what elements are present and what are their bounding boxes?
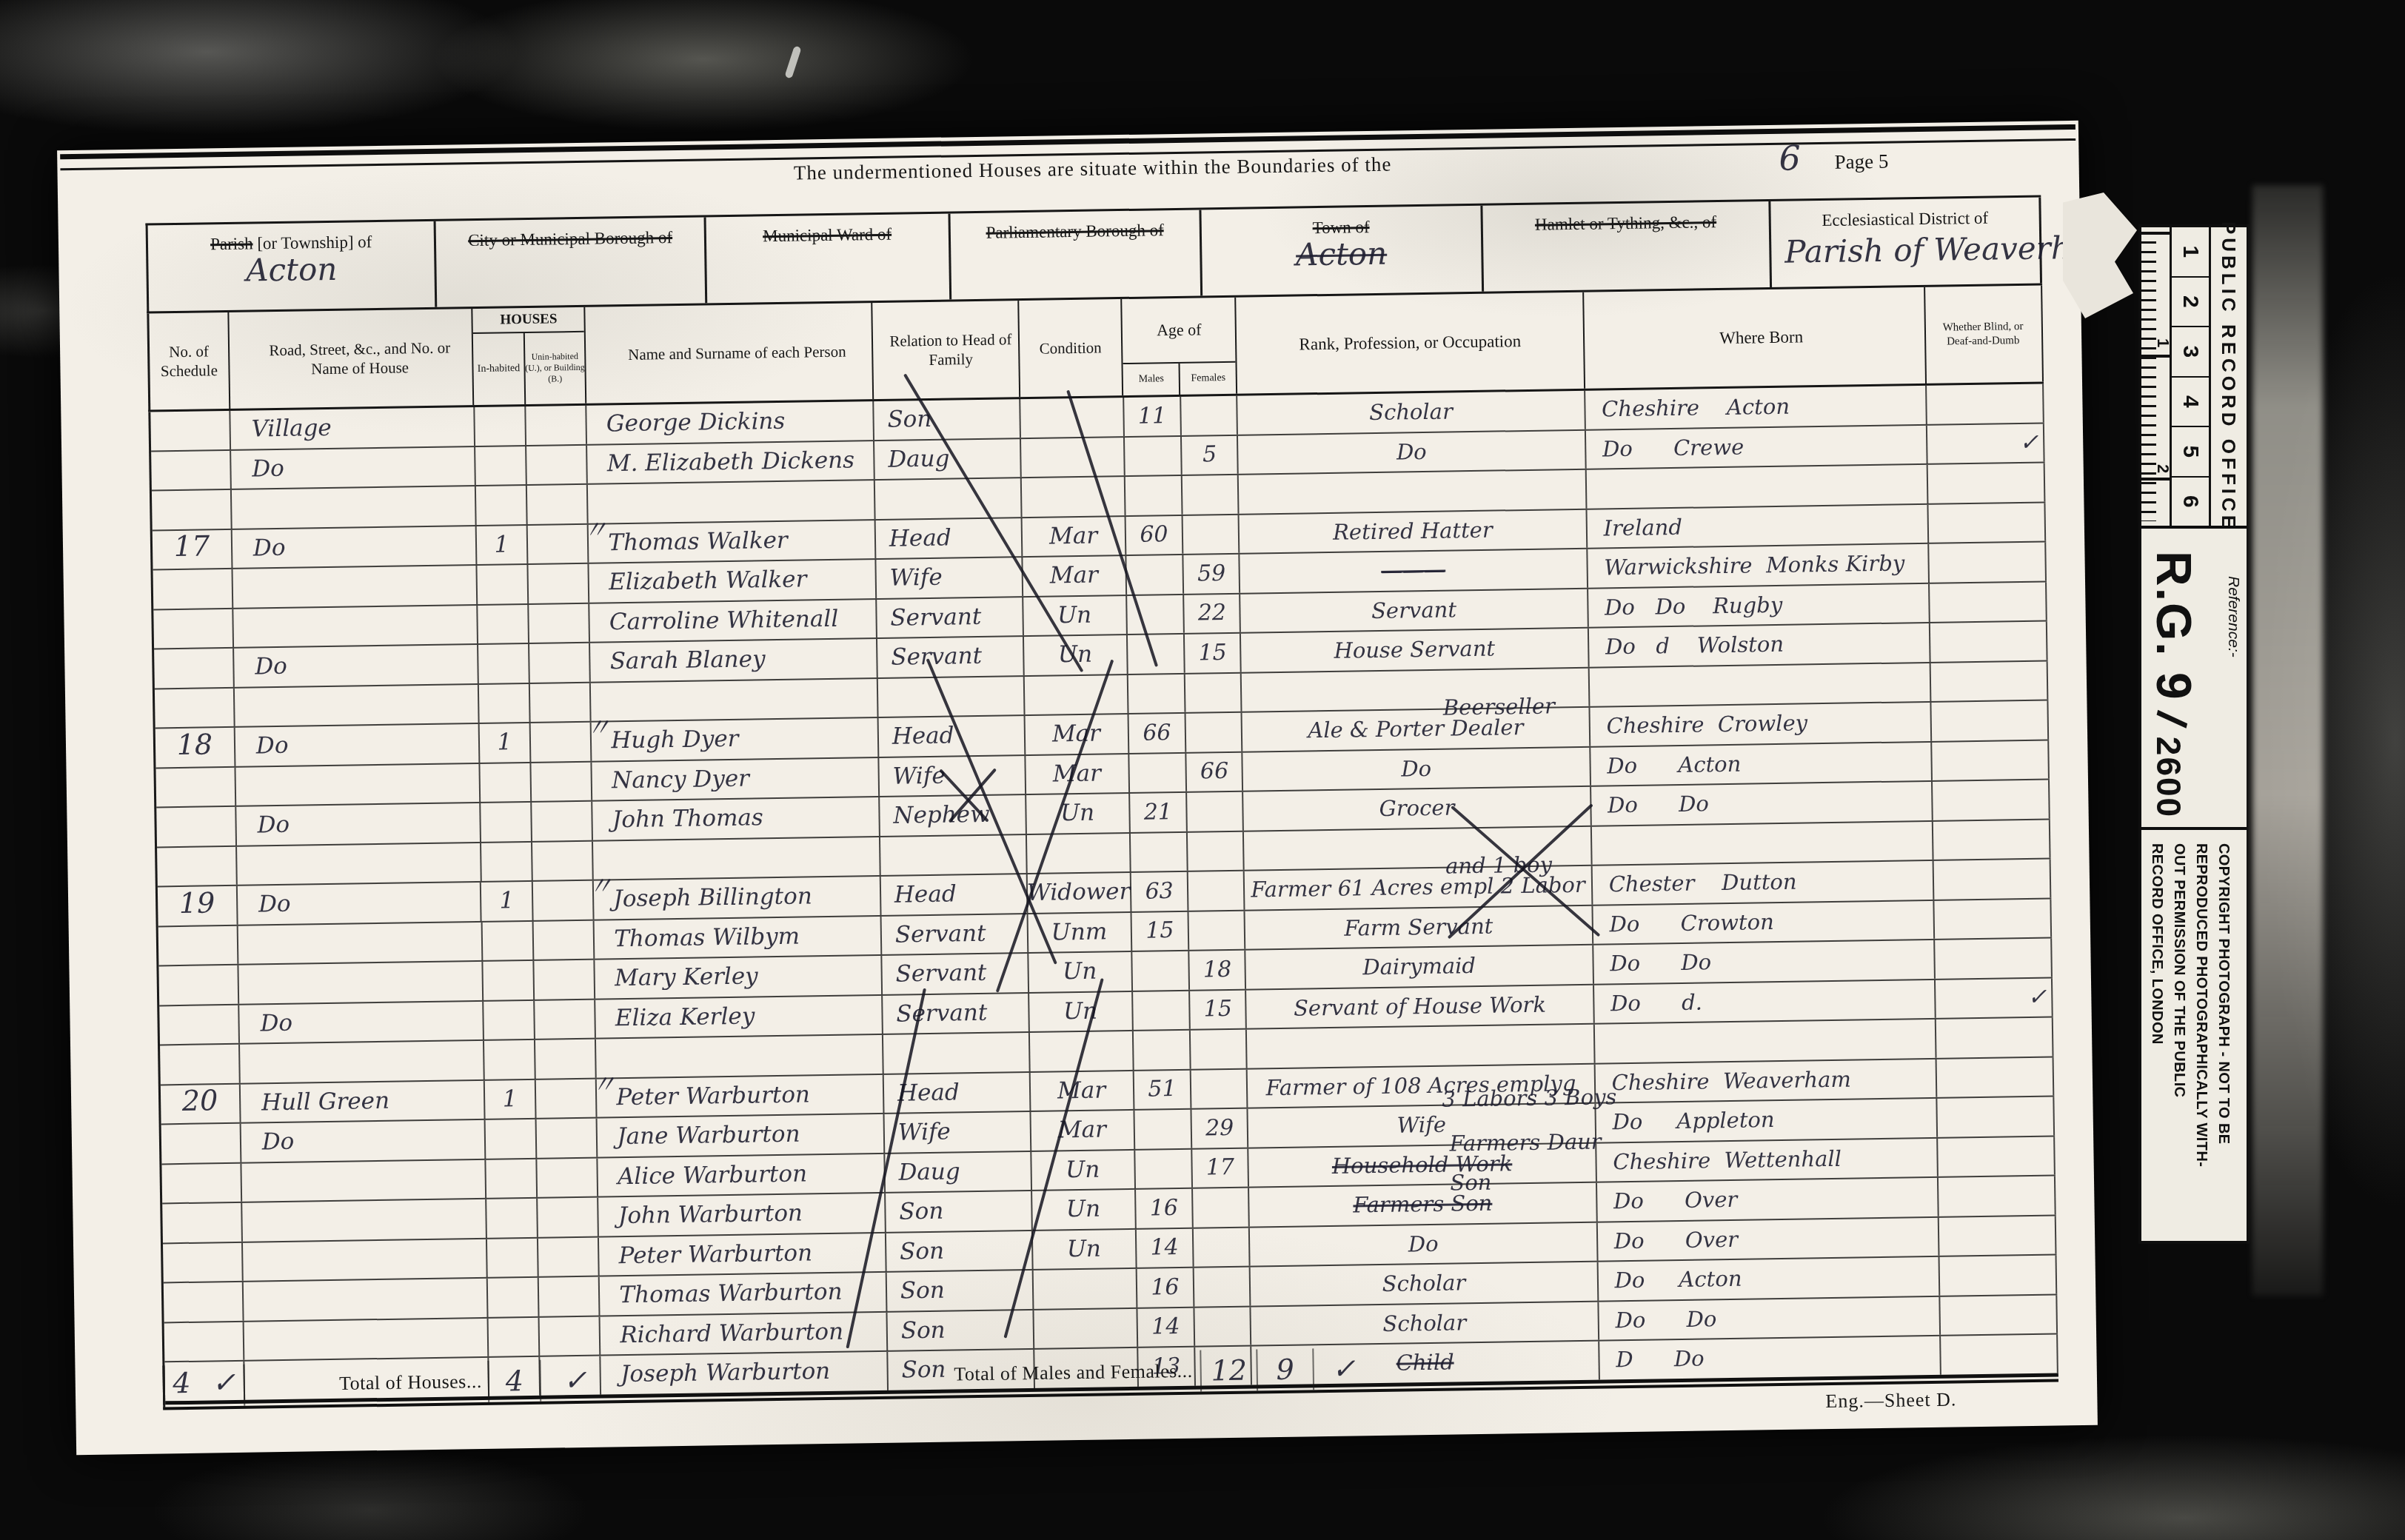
cell-occ: Farmers SonSon	[1249, 1183, 1597, 1226]
cell-sched: 18	[155, 728, 236, 767]
entry-born: Chester Dutton	[1609, 871, 1797, 896]
cell-uninhab	[529, 643, 591, 683]
cell-born: Do Over	[1598, 1217, 1940, 1260]
entry-born: Do d.	[1610, 991, 1702, 1014]
cell-inhab	[475, 406, 527, 446]
reference-strip-card: PUBLIC RECORD OFFICE 123456 12 Reference…	[2138, 224, 2250, 1244]
cell-born: Do Acton	[1590, 742, 1933, 785]
cell-inhab	[477, 565, 529, 604]
entry-rel: Servant	[891, 645, 982, 669]
cell-male	[1133, 1031, 1191, 1070]
ruler-cell-number: 6	[2172, 478, 2209, 526]
entry-name: Thomas Wilbym	[614, 925, 800, 951]
cell-road	[240, 1041, 484, 1082]
cell-road: Village	[230, 407, 475, 449]
check-mark: ✓	[1331, 1355, 1355, 1383]
cell-sched	[161, 1124, 242, 1163]
entry-name: Thomas Warburton	[619, 1281, 843, 1307]
entry-born: Do Crowton	[1609, 911, 1774, 935]
entry-inhab: 1	[503, 1088, 518, 1111]
cell-male: 15	[1131, 911, 1190, 951]
cell-born: Do Crewe	[1586, 425, 1928, 468]
cell-cond	[1033, 1269, 1137, 1309]
record-series: R.G. 9	[2146, 551, 2202, 701]
entry-sched: 18	[176, 730, 213, 759]
entry-born: Warwickshire Monks Kirby	[1604, 553, 1904, 579]
entry-male: 51	[1148, 1078, 1177, 1101]
district-cell: Parish [or Township] ofActon	[148, 221, 438, 312]
cell-cond: Un	[1032, 1190, 1137, 1230]
cell-inhab	[487, 1278, 540, 1317]
cell-rel: Head	[881, 874, 1028, 914]
entry-cond: Mar	[1057, 1079, 1106, 1102]
cell-blind	[1935, 938, 2053, 978]
copyright-line: COPYRIGHT PHOTOGRAPH - NOT TO BE	[2212, 843, 2235, 1235]
entry-occ: Do	[1408, 1233, 1439, 1256]
entry-male: 11	[1138, 405, 1167, 428]
cell-road: Do	[234, 645, 478, 686]
cell-male	[1124, 436, 1183, 475]
cell-blind	[1933, 820, 2051, 860]
entry-name: George Dickins	[606, 410, 786, 436]
cell-road: Do	[239, 1001, 484, 1042]
cell-uninhab	[540, 1316, 601, 1356]
cell-name: Richard Warburton	[601, 1312, 888, 1354]
entry-occ: Scholar	[1382, 1273, 1465, 1296]
district-label: City or Municipal Borough of	[436, 226, 704, 252]
entry-road: Do	[260, 1012, 292, 1036]
cell-blind: ✓	[1936, 978, 2053, 1018]
cell-male: 16	[1137, 1268, 1195, 1308]
cell-uninhab	[538, 1158, 599, 1197]
entry-male: 14	[1150, 1236, 1179, 1259]
cell-female: 66	[1187, 752, 1244, 791]
entry-female: 15	[1204, 998, 1233, 1021]
film-scratch	[784, 46, 801, 79]
cell-uninhab	[533, 881, 595, 920]
cell-occ: Farmer of 108 Acres emplyg3 Labors 3 Boy…	[1248, 1064, 1596, 1107]
cell-uninhab	[534, 920, 595, 960]
entry-rel: Head	[897, 1081, 960, 1105]
cell-male: 66	[1128, 714, 1187, 753]
ruler-cell-number: 3	[2172, 327, 2209, 378]
cell-female	[1191, 1069, 1248, 1108]
cell-uninhab	[527, 485, 589, 524]
ruler-inch-number: 2	[2153, 464, 2172, 473]
cell-male	[1127, 635, 1185, 674]
cell-born: Warwickshire Monks Kirby	[1588, 544, 1930, 587]
district-cell: City or Municipal Borough of	[436, 217, 707, 307]
cell-name: Alice Warburton	[598, 1154, 886, 1196]
entry-female: 29	[1205, 1117, 1234, 1140]
cell-born: Do d.	[1594, 980, 1936, 1022]
cell-blind	[1934, 860, 2052, 900]
cell-rel: Wife	[876, 558, 1023, 597]
cell-sched	[150, 411, 231, 450]
entry-born: Do Over	[1613, 1189, 1738, 1212]
cell-male	[1132, 951, 1191, 991]
cell-inhab: 1	[481, 882, 534, 921]
cell-road	[233, 566, 477, 607]
cell-inhab	[481, 803, 533, 842]
ditto-group-mark: 〃	[586, 707, 612, 743]
cell-cond	[1024, 674, 1128, 714]
cell-born	[1589, 663, 1931, 706]
cell-sched	[156, 807, 237, 846]
cell-sched	[160, 1045, 241, 1084]
entry-road: Village	[251, 417, 332, 441]
entry-rel: Son	[900, 1239, 944, 1263]
district-label: Ecclesiastical District of	[1771, 207, 2039, 232]
cell-rel: Son	[886, 1231, 1034, 1270]
entry-cond: Un	[1066, 1198, 1101, 1222]
entry-rel: Servant	[895, 962, 986, 986]
cell-name	[588, 481, 875, 523]
district-label-text: [or Township] of	[252, 232, 372, 252]
ruler-cell-number: 4	[2172, 378, 2209, 428]
entry-name: Mary Kerley	[615, 965, 758, 991]
cell-inhab: 1	[479, 723, 532, 763]
cell-inhab	[486, 1238, 539, 1277]
entry-rel: Daug	[898, 1160, 960, 1184]
cell-inhab	[486, 1159, 538, 1198]
cell-sched	[158, 965, 239, 1005]
cell-cond: Mar	[1030, 1071, 1134, 1111]
cell-male	[1129, 753, 1188, 792]
cell-name: Jane Warburton	[598, 1114, 885, 1156]
district-label-struck: Parliamentary Borough of	[986, 221, 1164, 242]
entry-inhab: 1	[500, 890, 515, 913]
cell-blind	[1932, 740, 2050, 780]
cell-inhab	[478, 683, 531, 723]
cell-cond: Un	[1028, 952, 1133, 992]
entry-occ: House Servant	[1334, 638, 1495, 662]
entry-sched: 17	[174, 532, 210, 561]
entry-road: Do	[252, 458, 284, 481]
cell-born: Cheshire Weaverham	[1595, 1059, 1937, 1102]
cell-male: 60	[1125, 515, 1184, 555]
cell-blind	[1938, 1097, 2056, 1136]
cell-cond	[1021, 438, 1125, 478]
cell-occ: Scholar	[1251, 1262, 1599, 1305]
entry-name: Richard Warburton	[620, 1321, 843, 1347]
cell-rel: Son	[886, 1191, 1033, 1231]
sheet-footer-note: Eng.—Sheet D.	[1825, 1388, 1956, 1413]
cell-female: 22	[1185, 594, 1242, 633]
cell-male	[1128, 674, 1186, 713]
cell-name: George Dickins	[587, 401, 874, 443]
cell-blind	[1940, 1255, 2058, 1295]
cell-cond: Un	[1024, 635, 1128, 675]
cell-sched	[157, 846, 238, 885]
cell-occ	[1239, 470, 1587, 513]
reference-strip: PUBLIC RECORD OFFICE 123456 12 Reference…	[2138, 224, 2250, 1244]
entry-female: 17	[1206, 1156, 1235, 1179]
cell-born: Cheshire Acton	[1585, 386, 1927, 429]
cell-name: Thomas Walker〃	[589, 520, 876, 563]
cell-born: Do Do	[1599, 1296, 1941, 1339]
cell-born: Ireland	[1587, 504, 1929, 547]
cell-occ: Do	[1243, 747, 1591, 790]
cell-cond	[1034, 1308, 1138, 1348]
entry-male: 63	[1145, 880, 1174, 903]
cell-occ: Do	[1250, 1222, 1598, 1265]
entry-name: Sarah Blaney	[610, 648, 766, 673]
cell-rel: Daug	[885, 1151, 1032, 1191]
cell-occ: Household WorkFarmers Daur	[1249, 1143, 1597, 1186]
header-females: Females	[1180, 363, 1237, 395]
film-edge-glow	[2252, 185, 2323, 1296]
cell-female	[1188, 831, 1245, 871]
entry-cond: Mar	[1050, 564, 1098, 588]
entry-rel: Wife	[898, 1121, 951, 1145]
entry-cond: Un	[1057, 603, 1092, 627]
cell-blind	[1937, 1057, 2055, 1097]
cell-inhab	[484, 1000, 536, 1039]
entry-name: M. Elizabeth Dickens	[607, 449, 855, 475]
cell-road: Do	[241, 1120, 485, 1162]
ditto-group-mark: 〃	[591, 1064, 617, 1100]
district-cell: Hamlet or Tything, &c., of	[1482, 201, 1772, 292]
cell-blind	[1935, 899, 2053, 939]
cell-female	[1189, 911, 1246, 950]
cell-inhab	[481, 842, 534, 881]
entry-name: Eliza Kerley	[615, 1005, 755, 1030]
district-cell: Town ofActon	[1201, 206, 1483, 296]
occupation-note: Beerseller	[1443, 695, 1556, 718]
cell-uninhab	[532, 841, 594, 880]
entry-born: Do Acton	[1607, 753, 1741, 777]
cell-occ: Do	[1238, 430, 1586, 473]
ruler-cell-number: 1	[2172, 227, 2209, 278]
district-cell: Ecclesiastical District ofParish of Weav…	[1770, 198, 2042, 287]
cell-occ: ———	[1240, 549, 1588, 592]
cell-blind	[1939, 1176, 2056, 1216]
district-label: Municipal Ward of	[706, 223, 949, 249]
cell-born: Do d Wolston	[1589, 623, 1931, 666]
entry-occ: Farmers Son	[1353, 1193, 1492, 1216]
torn-paper-fragment	[2063, 192, 2137, 318]
ruler-number-cells: 123456	[2170, 227, 2209, 526]
entry-born: Do d Wolston	[1605, 634, 1784, 658]
film-background: The undermentioned Houses are situate wi…	[0, 0, 2405, 1540]
cell-male: 14	[1136, 1228, 1194, 1268]
cell-born: Do Do	[1591, 782, 1933, 825]
cell-sched	[159, 1005, 240, 1044]
entry-road: Do	[262, 1131, 295, 1154]
cell-uninhab	[538, 1198, 600, 1237]
entry-occ: Grocer	[1379, 797, 1454, 820]
entry-road: Do	[258, 893, 291, 917]
district-label-struck: City or Municipal Borough of	[468, 228, 672, 250]
district-value-handwritten: Acton	[1202, 237, 1481, 272]
cell-male: 51	[1134, 1070, 1192, 1109]
district-cell: Parliamentary Borough of	[950, 210, 1202, 299]
ruler-inch-number: 1	[2153, 338, 2172, 347]
entry-occ: Scholar	[1382, 1312, 1466, 1335]
cell-female	[1193, 1188, 1250, 1228]
cell-sched	[164, 1282, 244, 1322]
entry-born: Do Over	[1614, 1229, 1739, 1252]
entry-born: Do Do	[1610, 952, 1711, 975]
entry-name: John Warburton	[618, 1202, 803, 1228]
cell-female: 59	[1184, 555, 1241, 594]
cell-inhab	[486, 1199, 539, 1238]
entry-rel: Son	[901, 1319, 946, 1342]
cell-name	[593, 837, 880, 879]
cell-female	[1194, 1228, 1251, 1267]
cell-blind: ✓	[1927, 423, 2045, 463]
entry-male: 60	[1140, 523, 1168, 546]
cell-rel: Wife	[879, 756, 1026, 796]
cell-female	[1183, 515, 1240, 554]
cell-male: 16	[1136, 1189, 1194, 1228]
cell-uninhab	[526, 406, 588, 445]
header-houses: HOUSES In-habited Unin-habited (U.), or …	[473, 307, 587, 405]
cell-blind	[1932, 701, 2050, 741]
cell-name: John Thomas	[593, 797, 880, 840]
cell-sched: 19	[158, 886, 238, 925]
district-label-text: Ecclesiastical District of	[1822, 209, 1988, 230]
public-record-office-label: PUBLIC RECORD OFFICE	[2209, 227, 2247, 526]
cell-female: 15	[1185, 634, 1242, 673]
entry-occ: Do	[1401, 758, 1431, 780]
cell-sched	[155, 688, 235, 727]
cell-blind	[1938, 1136, 2056, 1176]
cell-occ: Ale & Porter DealerBeerseller	[1242, 708, 1590, 751]
cell-name	[591, 678, 878, 720]
entry-cond: Un	[1067, 1237, 1102, 1261]
cell-uninhab	[536, 1079, 598, 1118]
entry-name: Peter Warburton	[618, 1242, 812, 1268]
entry-occ: Do	[1396, 441, 1427, 463]
entry-male: 14	[1151, 1316, 1180, 1339]
cell-sched: 20	[161, 1084, 241, 1123]
entry-male: 21	[1144, 801, 1173, 824]
cell-road	[242, 1199, 486, 1241]
ruler-cell-number: 5	[2172, 427, 2209, 478]
entry-rel: Servant	[890, 606, 981, 630]
cell-road	[244, 1318, 488, 1359]
cell-occ: Retired Hatter	[1240, 509, 1588, 552]
entry-born: Do Do Rugby	[1605, 595, 1782, 619]
cell-inhab	[483, 961, 535, 1000]
piece-number: 2600	[2149, 737, 2189, 818]
cell-rel	[883, 1033, 1031, 1073]
cell-blind	[1931, 661, 2049, 701]
strip-copyright-section: COPYRIGHT PHOTOGRAPH - NOT TO BEREPRODUC…	[2141, 830, 2247, 1241]
cell-sched	[155, 767, 236, 806]
cell-cond: Mar	[1031, 1111, 1135, 1151]
cell-road: Do	[235, 724, 480, 766]
entry-born: Ireland	[1603, 517, 1682, 540]
cell-uninhab	[538, 1237, 600, 1276]
cell-occ: Scholar	[1251, 1302, 1599, 1345]
cell-name: Eliza Kerley	[596, 995, 883, 1037]
cell-name: John Warburton	[598, 1193, 886, 1236]
cell-female	[1194, 1268, 1251, 1307]
total-houses-value: 4	[505, 1367, 524, 1395]
entry-inhab: 1	[497, 731, 512, 754]
cell-inhab	[482, 921, 535, 960]
cell-female	[1185, 673, 1242, 712]
copyright-line: OUT PERMISSION OF THE PUBLIC	[2168, 843, 2190, 1235]
cell-rel: Son	[874, 399, 1021, 439]
entry-road: Hull Green	[261, 1090, 389, 1115]
cell-name: Thomas Wilbym	[595, 916, 882, 958]
entry-name: Joseph Billington	[613, 885, 812, 911]
cell-female	[1195, 1307, 1252, 1346]
entry-male: 16	[1151, 1276, 1180, 1299]
cell-road: Hull Green	[241, 1080, 485, 1122]
cell-sched	[153, 609, 234, 648]
cell-uninhab	[535, 1039, 597, 1079]
entry-cond: Un	[1066, 1158, 1100, 1182]
entry-female: 66	[1200, 760, 1229, 783]
entry-occ: Wife	[1396, 1114, 1446, 1136]
entry-born: Do Appleton	[1612, 1109, 1775, 1133]
cell-sched	[158, 925, 239, 965]
cell-born: Cheshire Wettenhall	[1596, 1138, 1939, 1181]
cell-female: 29	[1192, 1109, 1249, 1148]
entry-inhab: 1	[494, 533, 509, 556]
header-born: Where Born	[1584, 287, 1927, 389]
entry-rel: Wife	[889, 566, 943, 590]
cell-born: Do Appleton	[1596, 1099, 1938, 1142]
cell-female: 15	[1190, 990, 1247, 1029]
cell-road: Do	[231, 447, 475, 489]
entry-born: Do Do	[1608, 794, 1709, 817]
cell-blind	[1930, 582, 2047, 622]
strip-reference-section: Reference:- R.G. 9 / 2600	[2141, 529, 2247, 830]
header-males: Males	[1123, 364, 1181, 395]
cell-road	[238, 922, 483, 963]
cell-uninhab	[529, 564, 590, 603]
check-mark: ✓	[2019, 431, 2038, 454]
cell-inhab: 1	[484, 1079, 537, 1119]
cell-born: Chester Dutton	[1592, 861, 1934, 904]
cell-rel	[875, 478, 1023, 518]
cell-female: 18	[1190, 951, 1247, 990]
entry-male: 16	[1150, 1197, 1179, 1220]
entry-male: 66	[1143, 722, 1171, 745]
cell-uninhab	[529, 603, 591, 643]
cell-male	[1134, 1110, 1193, 1149]
cell-road	[232, 486, 476, 528]
cell-name: Carroline Whitenall	[590, 599, 877, 641]
entry-born: Cheshire Weaverham	[1612, 1068, 1851, 1094]
cell-blind	[1941, 1295, 2058, 1335]
entry-cond: Un	[1063, 960, 1097, 984]
cell-sched	[162, 1203, 243, 1242]
cell-female	[1183, 475, 1240, 515]
cell-female: 5	[1182, 435, 1239, 475]
header-houses-label: HOUSES	[473, 307, 584, 334]
cell-name: Hugh Dyer〃	[592, 718, 879, 760]
cell-blind	[1929, 543, 2047, 583]
district-label-struck: Municipal Ward of	[763, 225, 892, 246]
total-females-value: 9	[1276, 1356, 1294, 1384]
cell-road	[244, 1279, 488, 1320]
cell-inhab	[488, 1317, 541, 1356]
entry-name: Carroline Whitenall	[609, 608, 839, 635]
entry-rel: Daug	[888, 447, 950, 471]
cell-occ: Servant	[1240, 589, 1588, 632]
cell-born	[1586, 465, 1928, 508]
cell-rel: Servant	[881, 914, 1028, 954]
entry-name: Peter Warburton	[616, 1083, 810, 1109]
cell-occ	[1247, 1025, 1595, 1068]
